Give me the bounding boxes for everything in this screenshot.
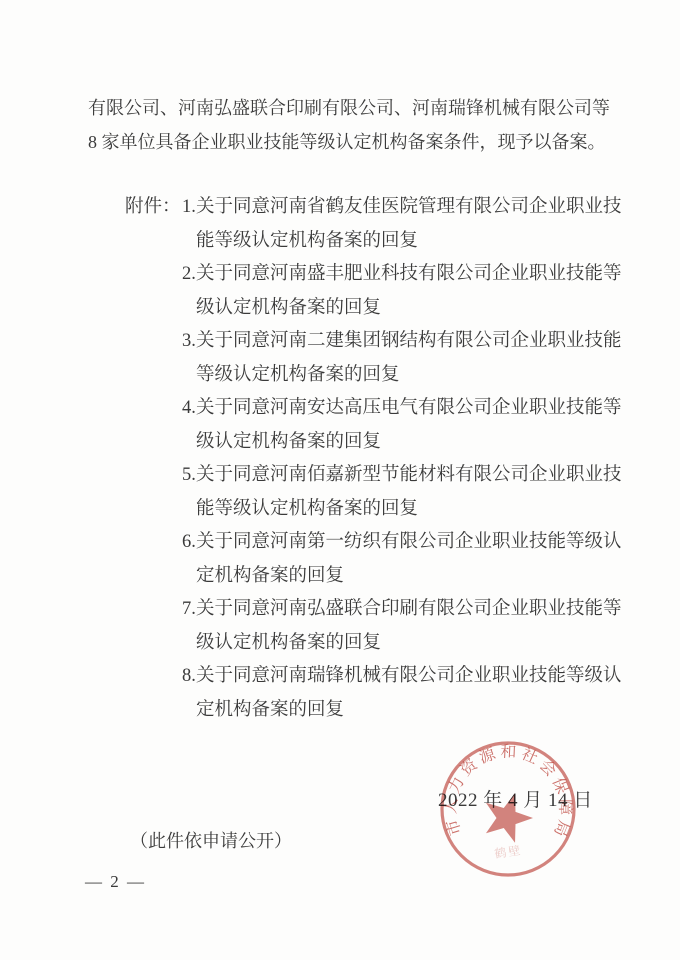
attachment-number: 3. <box>182 325 196 359</box>
attachment-item-1: 1.关于同意河南省鹤友佳医院管理有限公司企业职业技 能等级认定机构备案的回复 <box>182 191 652 258</box>
attachments-list: 1.关于同意河南省鹤友佳医院管理有限公司企业职业技 能等级认定机构备案的回复 2… <box>182 191 652 727</box>
intro-line-2: 8 家单位具备企业职业技能等级认定机构备案条件，现予以备案。 <box>88 125 608 159</box>
attachment-title-line: 关于同意河南盛丰肥业科技有限公司企业职业技能等 <box>196 264 622 284</box>
attachment-title-line: 能等级认定机构备案的回复 <box>182 493 652 527</box>
attachment-title-line: 关于同意河南瑞锋机械有限公司企业职业技能等级认 <box>196 666 622 686</box>
attachment-title-line: 定机构备案的回复 <box>182 560 652 594</box>
document-date: 2022 年 4 月 14 日 <box>438 788 593 814</box>
attachment-number: 8. <box>182 660 196 694</box>
attachments-label: 附件： <box>125 191 181 225</box>
attachment-item-6: 6.关于同意河南第一纺织有限公司企业职业技能等级认 定机构备案的回复 <box>182 526 652 593</box>
disclosure-note: （此件依申请公开） <box>130 829 292 853</box>
intro-line-1: 有限公司、河南弘盛联合印刷有限公司、河南瑞锋机械有限公司等 <box>88 91 608 125</box>
attachment-item-4: 4.关于同意河南安达高压电气有限公司企业职业技能等 级认定机构备案的回复 <box>182 392 652 459</box>
page-number: — 2 — <box>85 872 146 892</box>
attachment-number: 4. <box>182 392 196 426</box>
attachment-title-line: 关于同意河南省鹤友佳医院管理有限公司企业职业技 <box>196 197 622 217</box>
attachment-item-5: 5.关于同意河南佰嘉新型节能材料有限公司企业职业技 能等级认定机构备案的回复 <box>182 459 652 526</box>
attachment-title-line: 关于同意河南佰嘉新型节能材料有限公司企业职业技 <box>196 465 622 485</box>
attachment-title-line: 能等级认定机构备案的回复 <box>182 225 652 259</box>
attachment-title-line: 级认定机构备案的回复 <box>182 426 652 460</box>
intro-paragraph: 有限公司、河南弘盛联合印刷有限公司、河南瑞锋机械有限公司等 8 家单位具备企业职… <box>88 91 608 159</box>
attachment-title-line: 关于同意河南弘盛联合印刷有限公司企业职业技能等 <box>196 599 622 619</box>
attachment-title-line: 关于同意河南二建集团钢结构有限公司企业职业技能 <box>196 331 622 351</box>
attachment-number: 1. <box>182 191 196 225</box>
attachment-item-3: 3.关于同意河南二建集团钢结构有限公司企业职业技能 等级认定机构备案的回复 <box>182 325 652 392</box>
attachment-title-line: 级认定机构备案的回复 <box>182 627 652 661</box>
attachment-title-line: 关于同意河南第一纺织有限公司企业职业技能等级认 <box>196 532 622 552</box>
attachment-title-line: 等级认定机构备案的回复 <box>182 359 652 393</box>
seal-bottom-text: 鹤壁 <box>493 843 523 861</box>
attachment-title-line: 关于同意河南安达高压电气有限公司企业职业技能等 <box>196 398 622 418</box>
attachment-item-8: 8.关于同意河南瑞锋机械有限公司企业职业技能等级认 定机构备案的回复 <box>182 660 652 727</box>
attachment-title-line: 级认定机构备案的回复 <box>182 292 652 326</box>
attachment-number: 7. <box>182 593 196 627</box>
attachment-title-line: 定机构备案的回复 <box>182 694 652 728</box>
attachment-number: 2. <box>182 258 196 292</box>
attachment-number: 5. <box>182 459 196 493</box>
attachment-item-7: 7.关于同意河南弘盛联合印刷有限公司企业职业技能等 级认定机构备案的回复 <box>182 593 652 660</box>
attachment-number: 6. <box>182 526 196 560</box>
document-page: 有限公司、河南弘盛联合印刷有限公司、河南瑞锋机械有限公司等 8 家单位具备企业职… <box>0 0 680 960</box>
attachment-item-2: 2.关于同意河南盛丰肥业科技有限公司企业职业技能等 级认定机构备案的回复 <box>182 258 652 325</box>
